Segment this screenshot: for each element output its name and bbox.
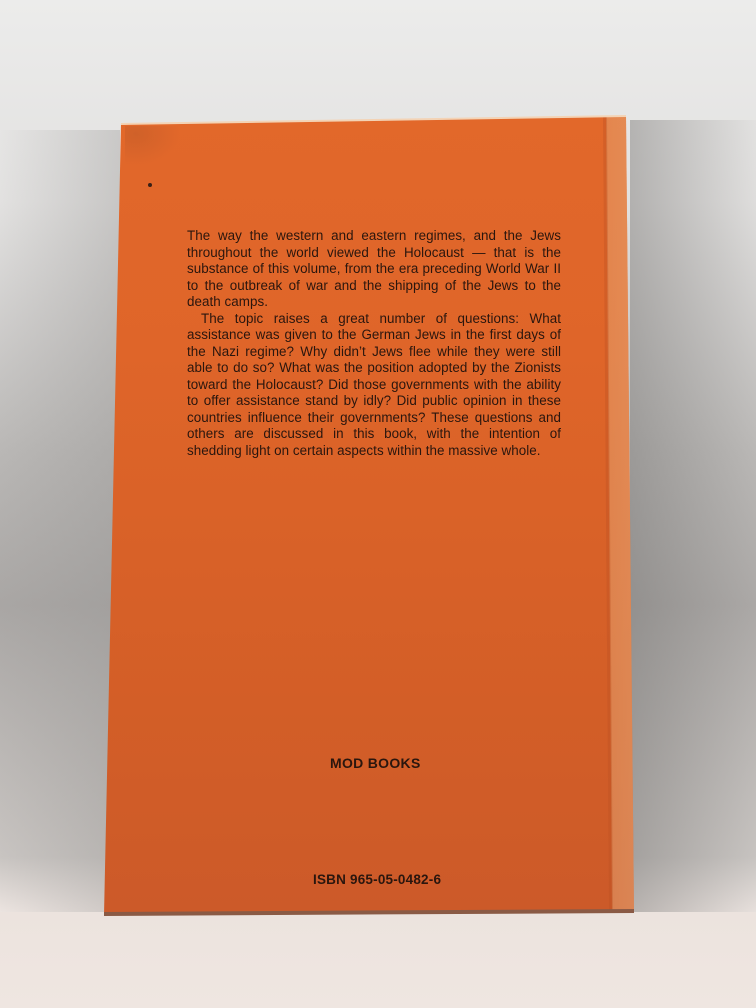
background-shadow-left bbox=[0, 130, 120, 912]
isbn-number: ISBN 965-05-0482-6 bbox=[313, 872, 473, 887]
background-shadow-right bbox=[630, 120, 756, 912]
publisher-name: MOD BOOKS bbox=[330, 755, 440, 771]
cover-blemish-spot bbox=[148, 183, 152, 187]
back-cover-blurb: The way the western and eastern regimes,… bbox=[187, 228, 561, 459]
blurb-paragraph-2: The topic raises a great number of quest… bbox=[187, 311, 561, 460]
corner-wear-mark bbox=[125, 126, 180, 166]
blurb-paragraph-1: The way the western and eastern regimes,… bbox=[187, 228, 561, 311]
tabletop-surface bbox=[0, 912, 756, 1008]
